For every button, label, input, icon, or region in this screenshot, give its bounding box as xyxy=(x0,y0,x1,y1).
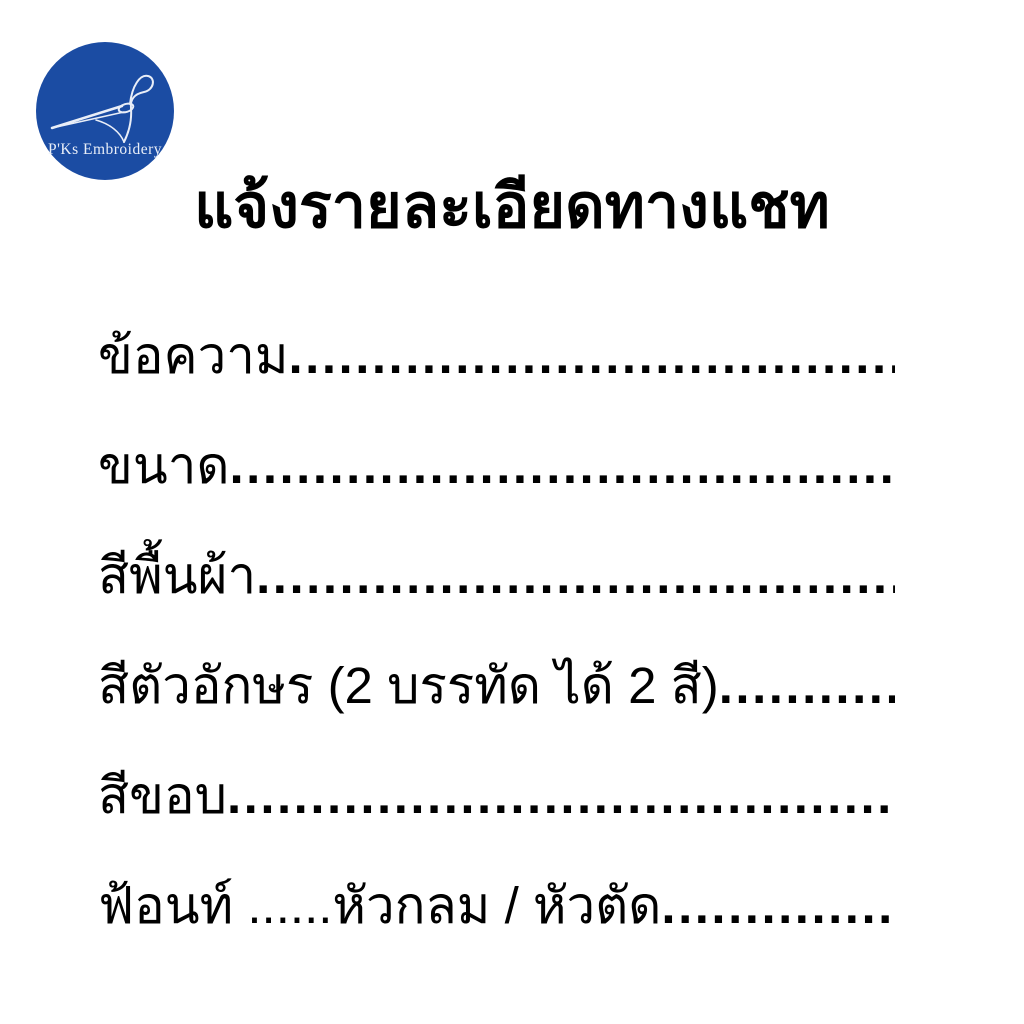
dotted-blank: ........................................… xyxy=(256,546,895,605)
form-line-font: ฟ้อนท์ ......หัวกลม / หัวตัด............… xyxy=(98,850,895,960)
form-line-fabric-color: สีพื้นผ้า...............................… xyxy=(98,520,895,630)
form-line-letter-color: สีตัวอักษร (2 บรรทัด ได้ 2 สี)..........… xyxy=(98,630,895,740)
form-line-label: ขนาด xyxy=(98,425,229,506)
form-line-message: ข้อความ.................................… xyxy=(98,300,895,410)
form-line-border-color: สีขอบ...................................… xyxy=(98,740,895,850)
form-line-label: ข้อความ xyxy=(98,315,289,396)
form-line-label: สีพื้นผ้า xyxy=(98,535,256,616)
dotted-blank: ................ xyxy=(719,656,895,715)
brand-name: P'Ks Embroidery xyxy=(48,141,162,158)
brand-logo: P'Ks Embroidery xyxy=(36,42,174,180)
announcement-card: P'Ks Embroidery แจ้งรายละเอียดทางแชท ข้อ… xyxy=(0,0,1024,1024)
form-line-label: สีตัวอักษร (2 บรรทัด ได้ 2 สี) xyxy=(98,645,719,726)
form-line-size: ขนาด....................................… xyxy=(98,410,895,520)
dotted-blank: ........................................… xyxy=(229,436,895,495)
detail-form: ข้อความ.................................… xyxy=(98,300,895,960)
page-title: แจ้งรายละเอียดทางแชท xyxy=(0,168,1024,244)
form-line-label: ฟ้อนท์ ......หัวกลม / หัวตัด xyxy=(98,865,661,946)
dotted-blank: ........................................… xyxy=(227,766,895,825)
form-line-label: สีขอบ xyxy=(98,755,227,836)
dotted-blank: .......................... xyxy=(661,876,895,935)
dotted-blank: ........................................… xyxy=(289,326,895,385)
